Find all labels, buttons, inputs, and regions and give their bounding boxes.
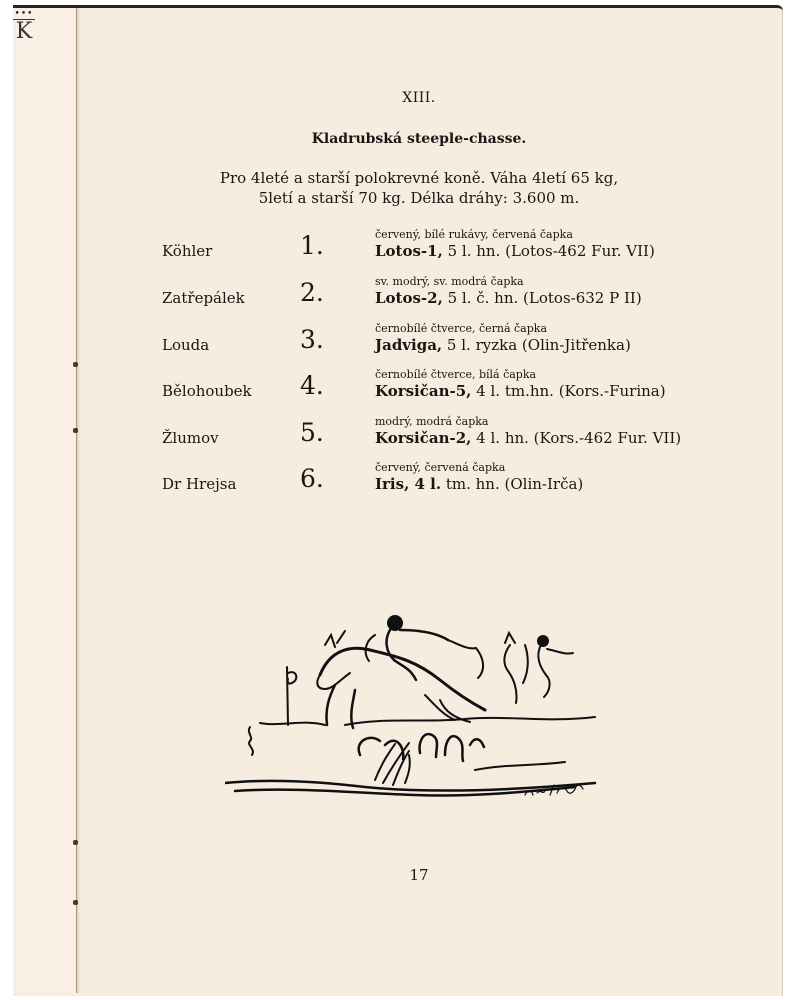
finishing-place: 6. bbox=[300, 464, 324, 493]
result-row: Žlumov 5. modrý, modrá čapka Korsičan-2,… bbox=[0, 415, 788, 461]
horse-name: Lotos-1, bbox=[375, 242, 443, 260]
racing-colors: červený, bílé rukávy, červená čapka bbox=[375, 228, 573, 241]
horse-details: 4 l. hn. (Kors.-462 Fur. VII) bbox=[471, 429, 681, 447]
result-row: Köhler 1. červený, bílé rukávy, červená … bbox=[0, 228, 788, 274]
racing-colors: sv. modrý, sv. modrá čapka bbox=[375, 275, 524, 288]
page-content: XIII. Kladrubská steeple-chasse. Pro 4le… bbox=[0, 0, 788, 1000]
result-row: Dr Hrejsa 6. červený, červená čapka Iris… bbox=[0, 461, 788, 507]
horse-details: 5 l. č. hn. (Lotos-632 P II) bbox=[443, 289, 642, 307]
jockey-name: Zatřepálek bbox=[162, 289, 245, 307]
racing-colors: černobílé čtverce, černá čapka bbox=[375, 322, 547, 335]
horse-details: 5 l. ryzka (Olin-Jitřenka) bbox=[442, 336, 631, 354]
steeplechase-illustration bbox=[225, 605, 605, 810]
result-row: Louda 3. černobílé čtverce, černá čapka … bbox=[0, 322, 788, 368]
race-title: Kladrubská steeple-chasse. bbox=[0, 131, 788, 147]
horse-name: Lotos-2, bbox=[375, 289, 443, 307]
section-number: XIII. bbox=[0, 90, 788, 106]
conditions-line-2: 5letí a starší 70 kg. Délka dráhy: 3.600… bbox=[0, 188, 788, 208]
race-conditions: Pro 4leté a starší polokrevné koně. Váha… bbox=[0, 168, 788, 208]
racing-colors: modrý, modrá čapka bbox=[375, 415, 489, 428]
horse-name: Korsičan-5, bbox=[375, 382, 471, 400]
horse-info: Iris, 4 l. tm. hn. (Olin-Irča) bbox=[375, 475, 583, 493]
horse-info: Jadviga, 5 l. ryzka (Olin-Jitřenka) bbox=[375, 336, 631, 354]
finishing-place: 3. bbox=[300, 325, 324, 354]
horse-details: 5 l. hn. (Lotos-462 Fur. VII) bbox=[443, 242, 655, 260]
racing-colors: červený, červená čapka bbox=[375, 461, 505, 474]
horse-info: Korsičan-2, 4 l. hn. (Kors.-462 Fur. VII… bbox=[375, 429, 681, 447]
horse-details: tm. hn. (Olin-Irča) bbox=[441, 475, 583, 493]
horse-info: Lotos-1, 5 l. hn. (Lotos-462 Fur. VII) bbox=[375, 242, 655, 260]
result-row: Bělohoubek 4. černobílé čtverce, bílá ča… bbox=[0, 368, 788, 414]
conditions-line-1: Pro 4leté a starší polokrevné koně. Váha… bbox=[0, 168, 788, 188]
result-row: Zatřepálek 2. sv. modrý, sv. modrá čapka… bbox=[0, 275, 788, 321]
finishing-place: 2. bbox=[300, 278, 324, 307]
page-number: 17 bbox=[0, 866, 788, 884]
finishing-place: 5. bbox=[300, 418, 324, 447]
jockey-name: Köhler bbox=[162, 242, 212, 260]
horse-info: Korsičan-5, 4 l. tm.hn. (Kors.-Furina) bbox=[375, 382, 666, 400]
finishing-place: 4. bbox=[300, 371, 324, 400]
horse-details: 4 l. tm.hn. (Kors.-Furina) bbox=[471, 382, 665, 400]
jockey-name: Bělohoubek bbox=[162, 382, 252, 400]
jockey-name: Žlumov bbox=[162, 429, 219, 447]
horse-name: Iris, 4 l. bbox=[375, 475, 441, 493]
horse-info: Lotos-2, 5 l. č. hn. (Lotos-632 P II) bbox=[375, 289, 642, 307]
finishing-place: 1. bbox=[300, 231, 324, 260]
horse-name: Korsičan-2, bbox=[375, 429, 471, 447]
jockey-name: Dr Hrejsa bbox=[162, 475, 236, 493]
racing-colors: černobílé čtverce, bílá čapka bbox=[375, 368, 536, 381]
horse-name: Jadviga, bbox=[375, 336, 442, 354]
jockey-name: Louda bbox=[162, 336, 209, 354]
